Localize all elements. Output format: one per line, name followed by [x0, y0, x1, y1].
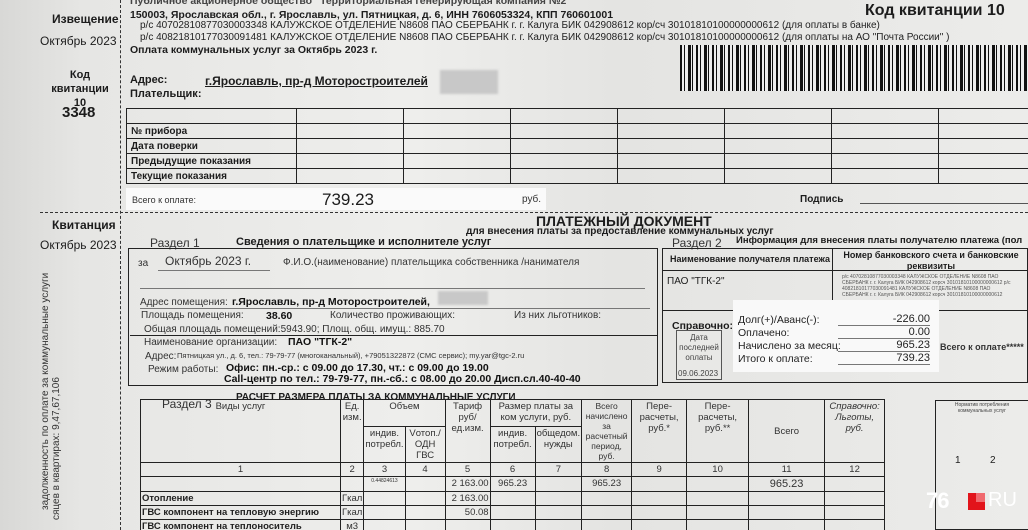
- amount-due-value: 739.23: [840, 352, 930, 364]
- area-value: 38.60: [266, 310, 292, 322]
- last-payment-label: Дата последней оплаты: [678, 333, 720, 363]
- brand-logo-square: [968, 493, 985, 510]
- meter-cell: [297, 109, 404, 124]
- service-name: Отопление: [141, 492, 341, 506]
- section2-title: Информация для внесения платы получателю…: [736, 235, 1022, 246]
- org-address-value: Пятницкая ул., д. 6, тел.: 79-79-77 (мно…: [177, 351, 524, 360]
- column-number: 5: [445, 463, 490, 477]
- service-tariff: 2 163.00: [445, 492, 490, 506]
- org-value: ПАО "ТГК-2": [288, 336, 352, 348]
- col-payment: Размер платы за ком услуги, руб.: [490, 400, 582, 427]
- org-divider: [130, 335, 658, 336]
- cell: [749, 492, 825, 506]
- meter-cell: [511, 154, 618, 169]
- fio-line: [140, 288, 645, 289]
- notice-month: Октябрь 2023: [40, 34, 117, 48]
- service-row: ОтоплениеГкал2 163.00: [141, 492, 885, 506]
- col-pay-common: общедом. нужды: [535, 427, 582, 463]
- fio-label: Ф.И.О.(наименование) плательщика собстве…: [283, 257, 579, 268]
- meter-cell: [297, 139, 404, 154]
- meter-cell: [297, 124, 404, 139]
- period-underline: [158, 270, 270, 271]
- meter-cell: [939, 154, 1028, 169]
- charged-label: Начислено за месяц:: [738, 340, 841, 352]
- meter-cell: [297, 169, 404, 184]
- cut-line-horizontal: [40, 212, 1028, 213]
- norm-col-1: 1: [955, 455, 961, 466]
- summary-pay-indiv: 965.23: [490, 477, 535, 492]
- col-benefits: Справочно: Льготы, руб.: [825, 400, 885, 463]
- column-number: 1: [141, 463, 341, 477]
- meter-row: [127, 109, 1028, 124]
- service-unit: Гкал: [341, 506, 364, 520]
- cell: [582, 506, 632, 520]
- common-area: Общая площадь помещений:5943.90; Площ. о…: [144, 324, 445, 335]
- norm-header: Норматив потребления коммунальных услуг: [938, 402, 1026, 414]
- col-vol-indiv: индив. потребл.: [364, 427, 405, 463]
- summary-vol-indiv: 0.44824613: [364, 477, 405, 492]
- meter-cell: [404, 154, 511, 169]
- total-value: 739.23: [322, 190, 374, 210]
- meter-cell: [939, 169, 1028, 184]
- cell: [535, 506, 582, 520]
- meter-cell: [725, 109, 832, 124]
- bank-col-header: Номер банковского счета и банковские рек…: [836, 250, 1026, 272]
- meter-cell: [511, 109, 618, 124]
- meter-cell: [618, 109, 725, 124]
- meter-cell: [511, 124, 618, 139]
- meter-cell: [618, 139, 725, 154]
- meter-cell: [404, 124, 511, 139]
- fin-line-2: [838, 338, 930, 339]
- grand-total-label: Всего к оплате*****: [940, 342, 1024, 352]
- meter-cell: [939, 124, 1028, 139]
- paid-value: 0.00: [840, 326, 930, 338]
- account-number: 3348: [62, 104, 95, 121]
- cell: [364, 506, 405, 520]
- norm-col-2: 2: [990, 455, 996, 466]
- address-label: Адрес:: [130, 74, 167, 86]
- debt-label: Долг(+)/Аванс(-):: [738, 314, 820, 326]
- meter-cell: [511, 139, 618, 154]
- meter-cell: [404, 139, 511, 154]
- recipient-value: ПАО "ТГК-2": [667, 276, 725, 287]
- fin-line-1: [838, 325, 930, 326]
- document-subtitle: для внесения платы за предоставление ком…: [466, 226, 774, 237]
- col-total: Всего: [749, 400, 825, 463]
- org-address-label: Адрес:: [145, 351, 176, 362]
- vertical-note-line-1: задолженность по оплате за коммунальные …: [40, 273, 51, 520]
- paid-label: Оплачено:: [738, 327, 789, 339]
- cell: [490, 506, 535, 520]
- meter-row: № прибора: [127, 124, 1028, 139]
- meter-readings-table: № прибораДата поверкиПредыдущие показани…: [126, 108, 1028, 184]
- premises-address-value: г.Ярославль, пр-д Моторостроителей,: [232, 296, 430, 308]
- cell: [749, 520, 825, 530]
- cell: [364, 492, 405, 506]
- meter-cell: [832, 169, 939, 184]
- cell: [405, 520, 445, 530]
- debt-vertical-note: задолженность по оплате за коммунальные …: [40, 273, 62, 520]
- brand-logo-number: 76: [926, 488, 948, 514]
- period-value: Октябрь 2023 г.: [165, 254, 251, 268]
- col-recalc1: Пере- расчеты, руб.*: [632, 400, 687, 463]
- meter-cell: [832, 139, 939, 154]
- period-for-label: за: [138, 258, 148, 269]
- meter-cell: [404, 109, 511, 124]
- column-number: 7: [535, 463, 582, 477]
- meter-cell: [511, 169, 618, 184]
- bank-details-1: р/с 40702810877030003348 КАЛУЖСКОЕ ОТДЕЛ…: [140, 20, 880, 31]
- cell: [749, 506, 825, 520]
- recipient-col-header: Наименование получателя платежа: [670, 254, 830, 264]
- calculation-table: Виды услуг Ед. изм. Объем Тариф руб/ ед.…: [140, 399, 885, 530]
- section1-title: Сведения о плательщике и исполнителе усл…: [236, 236, 491, 248]
- service-row: ГВС компонент на теплоносительм3: [141, 520, 885, 530]
- cell: [535, 520, 582, 530]
- redacted-premises: [438, 291, 488, 305]
- bank-details-2: р/с 40821810177030091481 КАЛУЖСКОЕ ОТДЕЛ…: [140, 32, 949, 43]
- residents-label: Количество проживающих:: [330, 310, 455, 321]
- meter-cell: [832, 124, 939, 139]
- meter-cell: [618, 169, 725, 184]
- meter-row-label: [127, 109, 297, 124]
- service-unit: Гкал: [341, 492, 364, 506]
- col-recalc2: Пере- расчеты, руб.**: [687, 400, 749, 463]
- meter-row-label: Предыдущие показания: [127, 154, 297, 169]
- beneficiaries-label: Из них льготников:: [514, 310, 601, 321]
- cell: [825, 520, 885, 530]
- column-number: 2: [341, 463, 364, 477]
- notice-title: Извещение: [52, 12, 119, 26]
- service-name: ГВС компонент на теплоноситель: [141, 520, 341, 530]
- company-name: Публичное акционерное общество "Территор…: [130, 0, 571, 7]
- cell: [490, 520, 535, 530]
- cell: [632, 520, 687, 530]
- last-payment-date: 09.06.2023: [678, 369, 718, 378]
- recipient-bank-details: р/с 40702810877030003348 КАЛУЖСКОЕ ОТДЕЛ…: [842, 274, 1012, 298]
- meter-cell: [725, 169, 832, 184]
- service-unit: м3: [341, 520, 364, 530]
- total-currency: руб.: [522, 194, 541, 205]
- cell: [687, 492, 749, 506]
- meter-row-label: Текущие показания: [127, 169, 297, 184]
- meter-cell: [832, 154, 939, 169]
- cell: [632, 506, 687, 520]
- cell: [364, 520, 405, 530]
- col-volume: Объем: [364, 400, 445, 427]
- premises-address-label: Адрес помещения:: [140, 297, 228, 308]
- cell: [825, 506, 885, 520]
- meter-cell: [832, 109, 939, 124]
- fin-line-4: [838, 364, 930, 365]
- column-number: 11: [749, 463, 825, 477]
- cell: [490, 492, 535, 506]
- debt-value: -226.00: [840, 313, 930, 325]
- receipt-month: Октябрь 2023: [40, 238, 117, 252]
- address-line: [140, 308, 650, 309]
- column-number: 6: [490, 463, 535, 477]
- hours-label: Режим работы:: [148, 364, 218, 375]
- service-row: ГВС компонент на тепловую энергиюГкал50.…: [141, 506, 885, 520]
- brand-logo-tld: RU: [988, 489, 1017, 512]
- cell: [405, 506, 445, 520]
- cell: [687, 520, 749, 530]
- meter-cell: [725, 124, 832, 139]
- col-tariff: Тариф руб/ ед.изм.: [445, 400, 490, 463]
- meter-cell: [725, 154, 832, 169]
- col-vol-odn: Vотоп./ ОДН ГВС: [405, 427, 445, 463]
- cell: [582, 520, 632, 530]
- org-label: Наименование организации:: [144, 337, 277, 348]
- total-label: Всего к оплате:: [132, 195, 196, 205]
- column-number: 10: [687, 463, 749, 477]
- cut-line-vertical: [120, 0, 121, 530]
- meter-row-label: Дата поверки: [127, 139, 297, 154]
- column-number: 9: [632, 463, 687, 477]
- barcode: [680, 45, 1028, 91]
- summary-tariff: 2 163.00: [445, 477, 490, 492]
- fin-line-3: [838, 351, 930, 352]
- service-tariff: [445, 520, 490, 530]
- cell: [582, 492, 632, 506]
- amount-due-label: Итого к оплате:: [738, 353, 813, 365]
- column-number: 4: [405, 463, 445, 477]
- service-tariff: 50.08: [445, 506, 490, 520]
- payment-period-title: Оплата коммунальных услуг за Октябрь 202…: [130, 44, 377, 56]
- cell: [535, 492, 582, 506]
- cell: [405, 492, 445, 506]
- column-number: 8: [582, 463, 632, 477]
- col-total-charged: Всего начислено за расчетный период, руб…: [582, 400, 632, 463]
- column-number: 3: [364, 463, 405, 477]
- cell: [825, 492, 885, 506]
- hours-call-center: Call-центр по тел.: 79-79-77, пн.-сб.: с…: [224, 373, 581, 385]
- payer-label: Плательщик:: [130, 88, 201, 100]
- receipt-title: Квитанция: [52, 218, 116, 232]
- receipt-code-title: Код квитанции 10: [865, 2, 1005, 20]
- meter-cell: [618, 154, 725, 169]
- signature-line: [860, 203, 1028, 204]
- vertical-note-line-2: сяцев в квартирах: 9,47,67,106: [51, 273, 62, 520]
- column-number: 12: [825, 463, 885, 477]
- charged-value: 965.23: [840, 339, 930, 351]
- summary-total-charged: 965.23: [582, 477, 632, 492]
- col-pay-indiv: индив. потребл.: [490, 427, 535, 463]
- cell: [632, 492, 687, 506]
- meter-cell: [404, 169, 511, 184]
- area-label: Площадь помещения:: [141, 310, 244, 321]
- meter-row: Предыдущие показания: [127, 154, 1028, 169]
- address-value: г.Ярославль, пр-д Моторостроителей: [205, 74, 428, 88]
- col-unit: Ед. изм.: [341, 400, 364, 463]
- meter-cell: [939, 109, 1028, 124]
- meter-cell: [939, 139, 1028, 154]
- meter-row: Дата поверки: [127, 139, 1028, 154]
- meter-cell: [618, 124, 725, 139]
- redacted-address: [440, 70, 498, 94]
- col-service: Виды услуг: [141, 400, 341, 463]
- meter-cell: [297, 154, 404, 169]
- signature-label: Подпись: [800, 194, 843, 205]
- summary-total: 965.23: [749, 477, 825, 492]
- meter-row: Текущие показания: [127, 169, 1028, 184]
- meter-row-label: № прибора: [127, 124, 297, 139]
- service-name: ГВС компонент на тепловую энергию: [141, 506, 341, 520]
- meter-cell: [725, 139, 832, 154]
- cell: [687, 506, 749, 520]
